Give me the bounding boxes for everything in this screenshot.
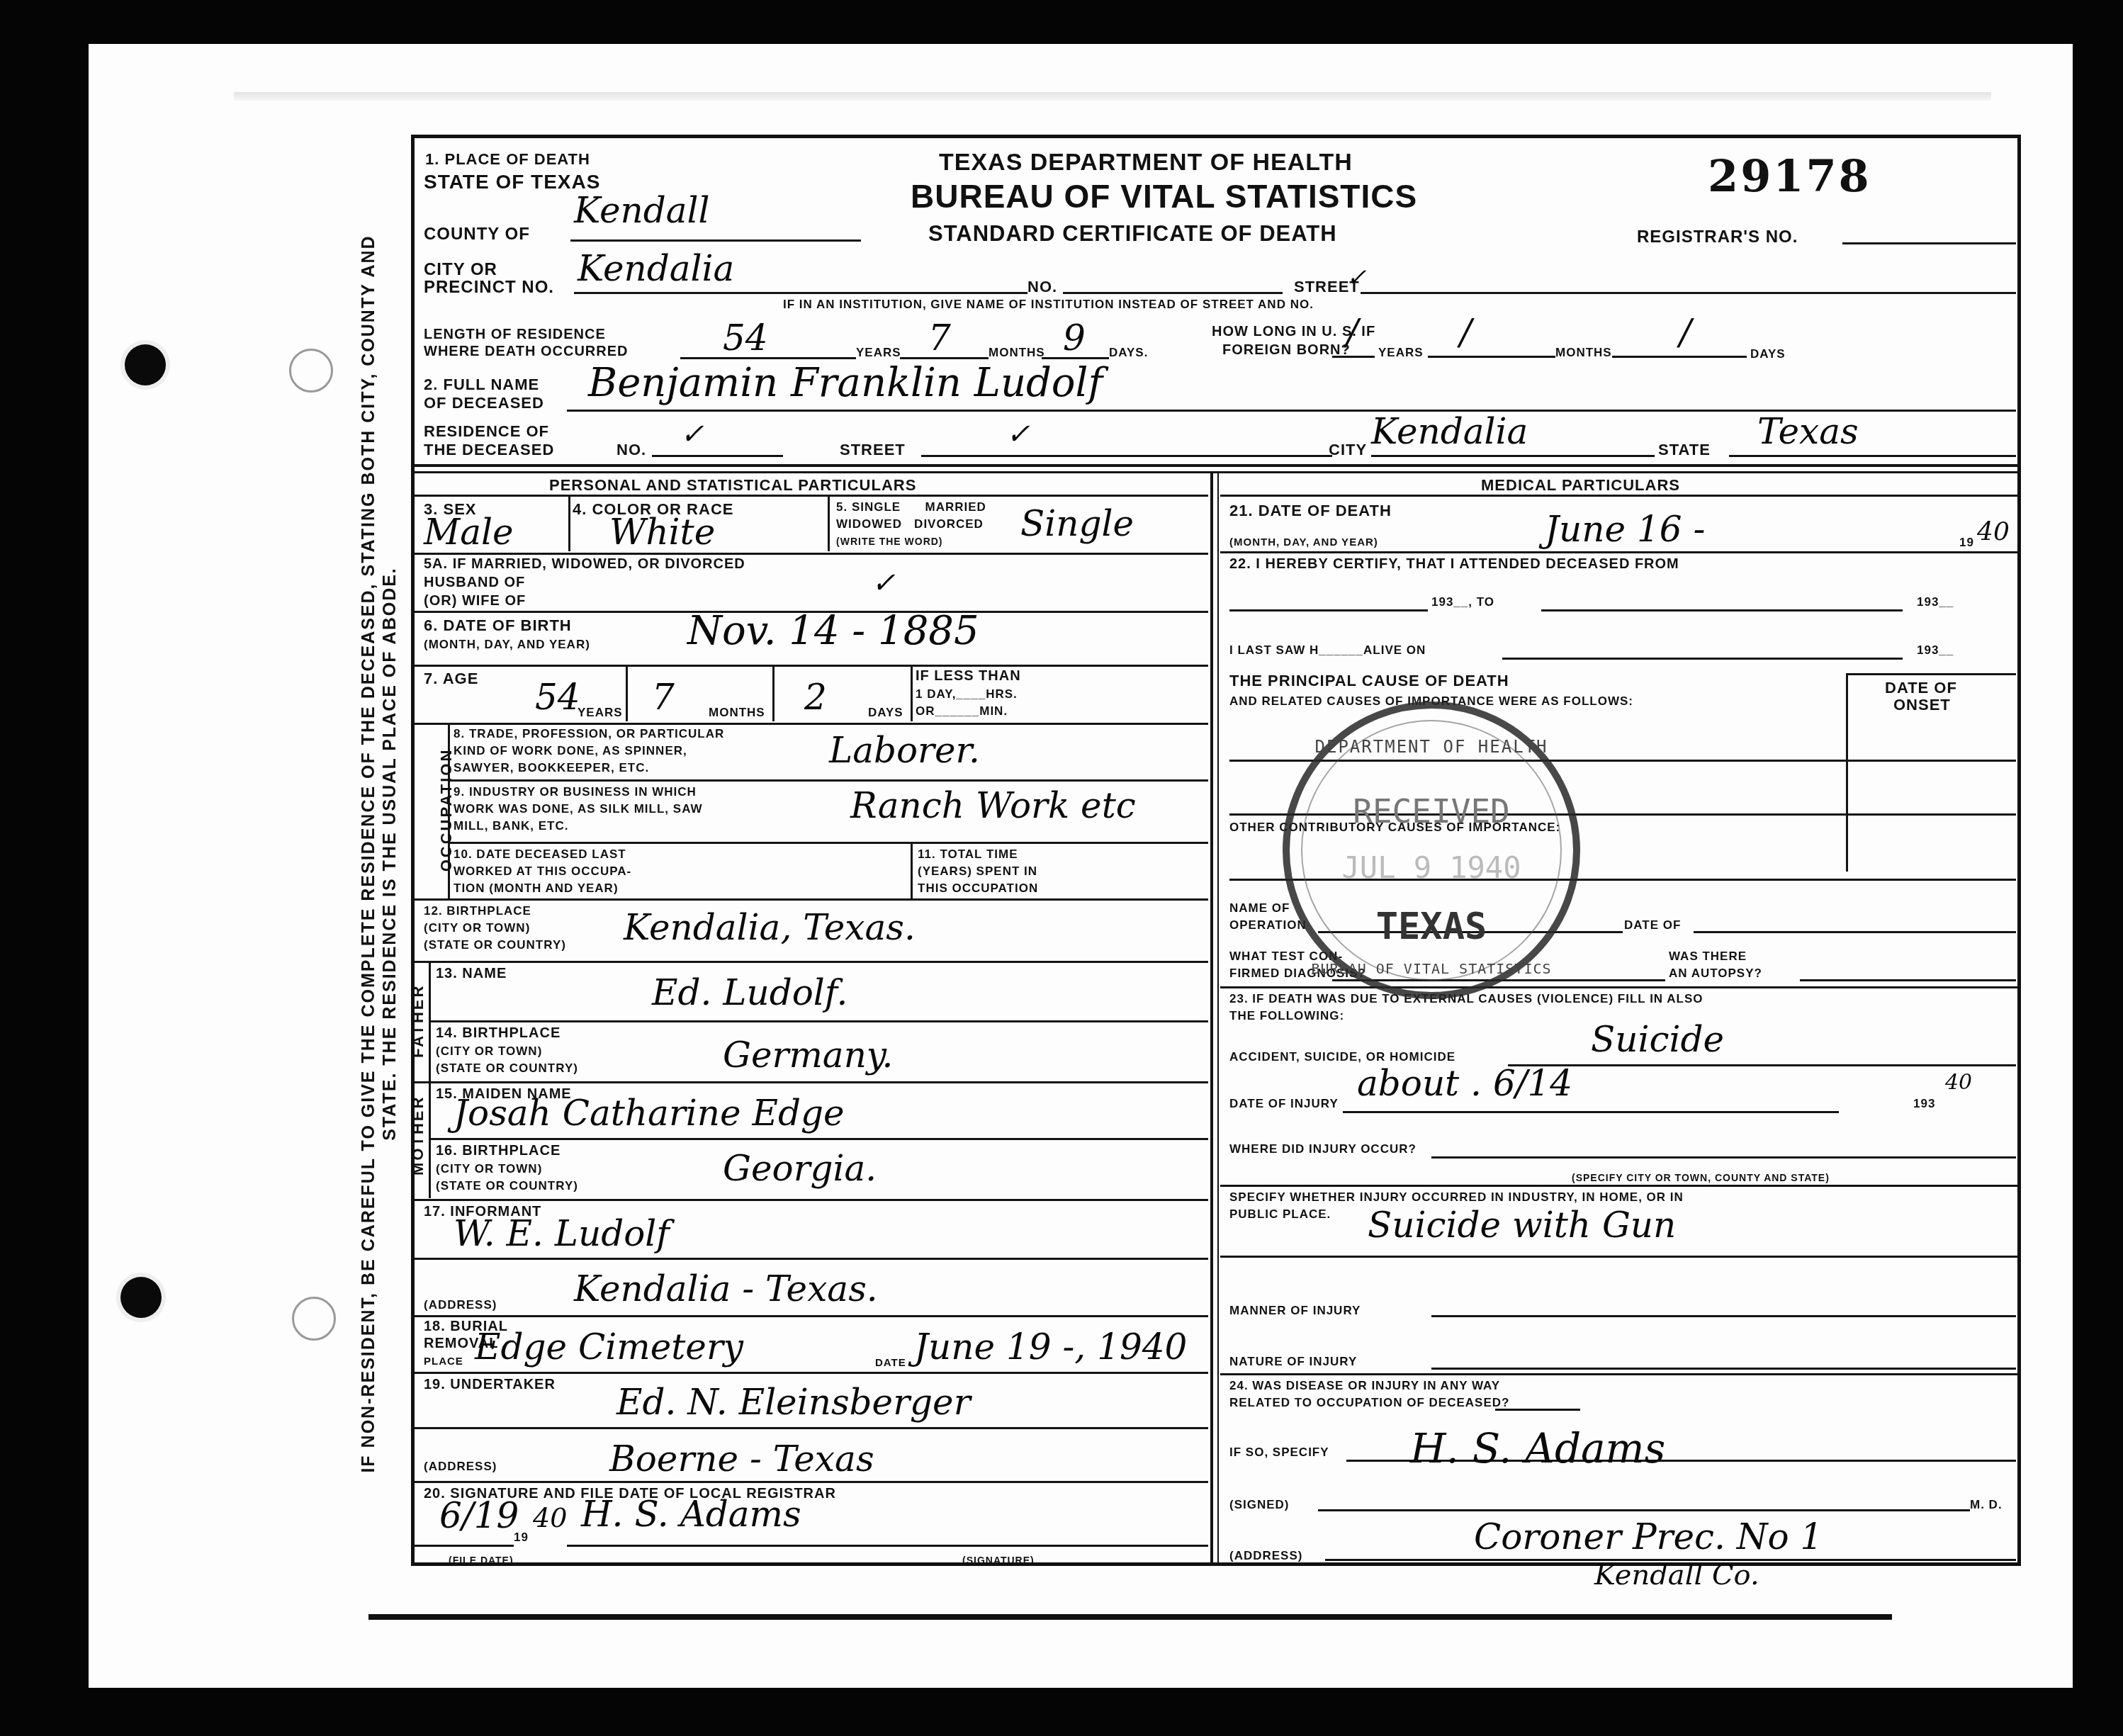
us-years-value: /	[1346, 312, 1358, 353]
residence-days-value: 9	[1063, 317, 1086, 359]
where-row-line	[1220, 1185, 2017, 1187]
city-label-2: PRECINCT NO.	[424, 278, 554, 296]
us-label-2: FOREIGN BORN?	[1222, 343, 1351, 357]
received-stamp: DEPARTMENT OF HEALTH RECEIVED JUL 9 1940…	[1283, 701, 1580, 999]
nature-row-line	[1220, 1373, 2017, 1375]
dod-label-1: 21. DATE OF DEATH	[1229, 502, 1392, 519]
last-worked-label-3: TION (MONTH AND YEAR)	[454, 881, 619, 896]
father-birthplace-value: Germany.	[723, 1035, 893, 1076]
birthplace-label-3: (STATE OR COUNTRY)	[424, 938, 566, 952]
length-residence-label-2: WHERE DEATH OCCURRED	[424, 344, 629, 359]
birthplace-label-2: (CITY OR TOWN)	[424, 921, 530, 935]
burial-date-label: DATE	[875, 1356, 906, 1370]
age-years-label: YEARS	[578, 706, 623, 720]
personal-title-line	[415, 495, 1208, 497]
operation-label-1: NAME OF	[1229, 901, 1290, 915]
header-divider-1	[415, 464, 2020, 467]
autopsy-label-2: AN AUTOPSY?	[1669, 966, 1762, 981]
age-label: 7. AGE	[424, 670, 478, 687]
residence-label-1: RESIDENCE OF	[424, 422, 549, 440]
specify-label-1: SPECIFY WHETHER INJURY OCCURRED IN INDUS…	[1229, 1190, 1684, 1205]
trade-label-1: 8. TRADE, PROFESSION, OR PARTICULAR	[454, 727, 724, 741]
external-label-2: THE FOLLOWING:	[1229, 1009, 1344, 1023]
undertaker-address-value: Boerne - Texas	[609, 1438, 874, 1479]
us-months-line	[1428, 356, 1555, 358]
certify-label: 22. I HEREBY CERTIFY, THAT I ATTENDED DE…	[1229, 557, 1679, 571]
dod-year-value: 40	[1977, 517, 2010, 546]
residence-state-value: Texas	[1757, 411, 1859, 452]
stamp-texas: TEXAS	[1290, 906, 1573, 948]
signed-line	[1318, 1509, 1970, 1511]
registrar-signature: H. S. Adams	[581, 1494, 801, 1535]
age-years-value: 54	[535, 677, 580, 718]
city-line	[574, 292, 1027, 294]
county-line	[570, 239, 861, 242]
father-name-label: 13. NAME	[436, 966, 507, 981]
mother-birthplace-value: Georgia.	[723, 1148, 877, 1189]
last-worked-label-2: WORKED AT THIS OCCUPA-	[454, 864, 631, 879]
undertaker-label: 19. UNDERTAKER	[424, 1377, 556, 1392]
page-edge-shadow	[234, 92, 1991, 101]
row-6-line	[415, 665, 1208, 667]
registrars-no-label: REGISTRAR'S NO.	[1637, 228, 1798, 246]
spouse-label-1: 5A. IF MARRIED, WIDOWED, OR DIVORCED	[424, 557, 745, 571]
residence-years-value: 54	[723, 317, 768, 359]
certificate-title: STANDARD CERTIFICATE OF DEATH	[928, 221, 1337, 247]
manner-injury-line	[1431, 1315, 2016, 1317]
total-time-label-1: 11. TOTAL TIME	[918, 847, 1018, 862]
residence-no-label: NO.	[616, 441, 646, 458]
birthplace-value: Kendalia, Texas.	[624, 907, 916, 948]
less-than-label-2: 1 DAY,____HRS.	[916, 687, 1018, 701]
center-divider-2	[1217, 471, 1219, 1566]
birthplace-label-1: 12. BIRTHPLACE	[424, 904, 531, 918]
registrars-no-line	[1842, 242, 2016, 244]
manner-value: Suicide	[1591, 1019, 1724, 1060]
injury-year-prefix: 193	[1913, 1097, 1935, 1111]
race-value: White	[609, 512, 715, 553]
marital-value: Single	[1020, 503, 1134, 544]
residence-years-line	[680, 357, 856, 359]
residence-city-label: CITY	[1329, 441, 1367, 458]
certify-to-line	[1541, 609, 1903, 611]
injury-date-line	[1343, 1111, 1839, 1113]
spouse-value: ✓	[872, 567, 896, 599]
residence-months-value: 7	[928, 317, 951, 359]
onset-label-1: DATE OF	[1885, 679, 1957, 697]
industry-label-1: 9. INDUSTRY OR BUSINESS IN WHICH	[454, 785, 697, 799]
manner-line	[1508, 1064, 2016, 1066]
undertaker-address-label: (ADDRESS)	[424, 1460, 497, 1474]
full-name-label-1: 2. FULL NAME	[424, 376, 539, 393]
age-months-divider	[772, 665, 775, 721]
industry-label-3: MILL, BANK, ETC.	[454, 819, 568, 833]
row-16-line	[415, 1199, 1208, 1201]
mother-birthplace-label-3: (STATE OR COUNTRY)	[436, 1179, 578, 1193]
residence-days-label: DAYS.	[1109, 346, 1148, 360]
place-of-death-label: 1. PLACE OF DEATH	[425, 150, 590, 168]
last-saw-line	[1502, 658, 1903, 660]
hole-punch-bottom	[120, 1277, 162, 1318]
less-than-label-1: IF LESS THAN	[916, 669, 1021, 683]
us-years-line	[1332, 356, 1375, 358]
certify-from-year: 193__, TO	[1431, 595, 1494, 609]
file-date-value: 6/19	[439, 1495, 519, 1536]
file-year-value: 40	[533, 1502, 567, 1533]
row-14-line	[415, 1081, 1208, 1083]
hole-punch-ring-top	[289, 349, 333, 393]
row-13-line	[431, 1020, 1208, 1022]
residence-no-value: ✓	[680, 418, 704, 451]
spouse-label-2: HUSBAND OF	[424, 575, 525, 590]
place-street-line	[1361, 292, 2016, 294]
mother-birthplace-label-2: (CITY OR TOWN)	[436, 1162, 542, 1176]
age-days-divider	[911, 665, 913, 721]
place-no-line	[1063, 292, 1283, 294]
burial-place-value: Edge Cimetery	[475, 1326, 743, 1368]
us-days-label: DAYS	[1750, 347, 1786, 361]
informant-value: W. E. Ludolf	[454, 1213, 670, 1254]
marital-label-2: WIDOWED DIVORCED	[836, 517, 984, 531]
burial-date-value: June 19 -, 1940	[914, 1326, 1187, 1368]
occupation-related-label-1: 24. WAS DISEASE OR INJURY IN ANY WAY	[1229, 1379, 1500, 1393]
stamp-bottom-text: BUREAU OF VITAL STATISTICS	[1290, 960, 1573, 977]
row-7-line	[415, 723, 1208, 725]
dod-label-2: (MONTH, DAY, AND YEAR)	[1229, 536, 1378, 550]
residence-street-label: STREET	[840, 441, 906, 458]
address-label: (ADDRESS)	[1229, 1549, 1302, 1563]
marital-label-1: 5. SINGLE MARRIED	[836, 500, 986, 514]
place-of-death-label-1: 1. PLACE OF DEATH	[425, 150, 590, 168]
residence-city-line	[1371, 455, 1655, 457]
specify-label-2: PUBLIC PLACE.	[1229, 1207, 1331, 1222]
city-value: Kendalia	[578, 248, 734, 289]
residence-label-2: THE DECEASED	[424, 441, 554, 458]
us-years-label: YEARS	[1378, 346, 1424, 360]
residence-street-value: ✓	[1006, 418, 1030, 451]
age-months-value: 7	[652, 677, 675, 718]
industry-label-2: WORK WAS DONE, AS SILK MILL, SAW	[454, 802, 703, 816]
father-birthplace-label-2: (CITY OR TOWN)	[436, 1044, 542, 1059]
medical-section-title: MEDICAL PARTICULARS	[1481, 476, 1680, 494]
margin-note-line2: STATE. THE RESIDENCE IS THE USUAL PLACE …	[379, 135, 400, 1573]
spouse-label-3: (OR) WIFE OF	[424, 594, 526, 608]
residence-state-label: STATE	[1658, 441, 1711, 458]
dob-value: Nov. 14 - 1885	[687, 608, 979, 654]
injury-date-value: about . 6/14	[1357, 1063, 1572, 1104]
nature-injury-line	[1431, 1368, 2016, 1370]
age-months-label: MONTHS	[709, 706, 765, 720]
where-line	[1431, 1156, 2016, 1159]
institution-note: IF IN AN INSTITUTION, GIVE NAME OF INSTI…	[783, 298, 1314, 312]
bureau-title: BUREAU OF VITAL STATISTICS	[911, 177, 1417, 215]
less-than-label-3: OR______MIN.	[916, 704, 1008, 718]
dob-label-2: (MONTH, DAY, AND YEAR)	[424, 638, 590, 652]
row-3-line	[415, 553, 1208, 555]
signature-label: (SIGNATURE)	[962, 1553, 1035, 1567]
trade-value: Laborer.	[829, 730, 980, 771]
address-value-2: Kendall Co.	[1594, 1559, 1759, 1591]
sex-value: Male	[424, 512, 514, 553]
row-21-line	[1220, 551, 2017, 553]
residence-state-line	[1729, 455, 2016, 457]
row-18-line	[415, 1372, 1208, 1374]
full-name-value: Benjamin Franklin Ludolf	[588, 360, 1103, 406]
place-street-value: ✓	[1346, 264, 1367, 292]
county-value: Kendall	[574, 190, 710, 231]
stamp-top-text: DEPARTMENT OF HEALTH	[1290, 737, 1573, 757]
residence-no-line	[652, 455, 783, 457]
informant-address-label: (ADDRESS)	[424, 1298, 497, 1312]
last-saw-label: I LAST SAW H______ALIVE ON	[1229, 643, 1426, 658]
hole-punch-top	[125, 344, 166, 385]
stamp-received: RECEIVED	[1290, 792, 1573, 830]
last-worked-label-1: 10. DATE DECEASED LAST	[454, 847, 626, 862]
race-marital-divider	[828, 495, 830, 551]
occupation-related-line	[1495, 1409, 1580, 1411]
where-note: (SPECIFY CITY OR TOWN, COUNTY AND STATE)	[1572, 1171, 1830, 1185]
trade-label-2: KIND OF WORK DONE, AS SPINNER,	[454, 744, 687, 758]
industry-value: Ranch Work etc	[850, 785, 1136, 826]
personal-section-title: PERSONAL AND STATISTICAL PARTICULARS	[549, 476, 916, 494]
cause-label-1: THE PRINCIPAL CAUSE OF DEATH	[1229, 672, 1509, 689]
residence-city-value: Kendalia	[1371, 411, 1528, 452]
onset-label-2: ONSET	[1893, 696, 1951, 714]
undertaker-value: Ed. N. Eleinsberger	[616, 1382, 971, 1423]
residence-years-label: YEARS	[856, 346, 901, 360]
place-no-label: NO.	[1027, 278, 1057, 295]
registrar-file-line	[415, 1545, 514, 1547]
operation-date-line	[1694, 931, 2016, 933]
age-days-value: 2	[804, 677, 827, 718]
dob-label-1: 6. DATE OF BIRTH	[424, 616, 572, 634]
father-side-label: FATHER	[409, 987, 427, 1058]
us-days-line	[1612, 356, 1747, 358]
md-label: M. D.	[1970, 1498, 2003, 1512]
trade-label-3: SAWYER, BOOKKEEPER, ETC.	[454, 761, 649, 775]
age-days-label: DAYS	[868, 706, 903, 720]
us-months-label: MONTHS	[1555, 346, 1612, 360]
onset-top-line	[1846, 673, 2016, 675]
age-years-divider	[626, 665, 628, 721]
certify-to-year: 193__	[1917, 595, 1954, 609]
mother-side-label: MOTHER	[409, 1105, 427, 1176]
where-label: WHERE DID INJURY OCCUR?	[1229, 1142, 1417, 1156]
row-19-line	[415, 1481, 1208, 1483]
certify-from-line	[1229, 609, 1428, 611]
last-worked-divider	[911, 842, 913, 898]
informant-address-value: Kendalia - Texas.	[574, 1268, 878, 1309]
injury-date-label: DATE OF INJURY	[1229, 1097, 1339, 1111]
residence-months-label: MONTHS	[989, 346, 1045, 360]
medical-title-line	[1220, 495, 2017, 497]
registrar-sig-line	[567, 1545, 1208, 1547]
injury-year-value: 40	[1945, 1070, 1972, 1095]
margin-note-line1: IF NON-RESIDENT, BE CAREFUL TO GIVE THE …	[358, 135, 379, 1573]
manner-label: ACCIDENT, SUICIDE, OR HOMICIDE	[1229, 1050, 1455, 1064]
father-name-value: Ed. Ludolf.	[652, 972, 847, 1013]
father-birthplace-label-3: (STATE OR COUNTRY)	[436, 1061, 578, 1076]
residence-street-line	[921, 455, 1332, 457]
marital-label-3: (WRITE THE WORD)	[836, 534, 943, 548]
autopsy-label-1: WAS THERE	[1669, 949, 1747, 964]
mother-name-value: Josah Catharine Edge	[454, 1093, 845, 1134]
us-days-value: /	[1679, 312, 1691, 353]
department-title: TEXAS DEPARTMENT OF HEALTH	[939, 149, 1353, 176]
us-months-value: /	[1460, 312, 1472, 353]
margin-note: IF NON-RESIDENT, BE CAREFUL TO GIVE THE …	[358, 135, 400, 1573]
file-year-prefix: 19	[514, 1531, 529, 1545]
dod-value: June 16 -	[1545, 509, 1705, 550]
length-residence-label-1: LENGTH OF RESIDENCE	[424, 327, 606, 342]
county-label: COUNTY OF	[424, 225, 530, 243]
last-saw-year: 193__	[1917, 643, 1954, 658]
stamp-date: JUL 9 1940	[1290, 850, 1573, 885]
full-name-label-2: OF DECEASED	[424, 394, 544, 412]
dod-year-prefix: 19	[1959, 536, 1974, 550]
city-label-1: CITY OR	[424, 261, 497, 278]
row-12-line	[415, 961, 1208, 963]
occupation-related-label-2: RELATED TO OCCUPATION OF DECEASED?	[1229, 1396, 1509, 1410]
autopsy-line	[1800, 979, 2016, 981]
specify-line	[1220, 1256, 2017, 1258]
mother-birthplace-label-1: 16. BIRTHPLACE	[436, 1144, 561, 1158]
row-10-line	[415, 898, 1208, 901]
nature-injury-label: NATURE OF INJURY	[1229, 1355, 1357, 1369]
operation-date-label: DATE OF	[1624, 918, 1681, 932]
sex-race-divider	[568, 495, 570, 551]
certificate-number: 29178	[1708, 150, 1871, 202]
signed-label: (SIGNED)	[1229, 1498, 1290, 1512]
row-8-line	[450, 779, 1208, 782]
onset-divider	[1846, 673, 1848, 872]
center-divider	[1210, 471, 1213, 1566]
bottom-rule	[368, 1614, 1892, 1620]
row-17-line	[415, 1315, 1208, 1317]
row-9-line	[450, 842, 1208, 844]
file-date-label: (FILE DATE)	[449, 1553, 514, 1567]
total-time-label-2: (YEARS) SPENT IN	[918, 864, 1037, 879]
burial-label-3: PLACE	[424, 1355, 463, 1369]
physician-signature: H. S. Adams	[1410, 1424, 1665, 1472]
if-so-label: IF SO, SPECIFY	[1229, 1445, 1329, 1460]
address-value-1: Coroner Prec. No 1	[1474, 1516, 1823, 1557]
undertaker-line	[415, 1427, 1208, 1429]
row-15-line	[431, 1138, 1208, 1140]
specify-value: Suicide with Gun	[1368, 1205, 1676, 1246]
hole-punch-ring-bottom	[292, 1297, 336, 1341]
informant-line	[415, 1258, 1208, 1260]
total-time-label-3: THIS OCCUPATION	[918, 881, 1038, 896]
row-autopsy-line	[1220, 986, 2017, 988]
father-birthplace-label-1: 14. BIRTHPLACE	[436, 1026, 561, 1040]
manner-injury-label: MANNER OF INJURY	[1229, 1304, 1361, 1318]
